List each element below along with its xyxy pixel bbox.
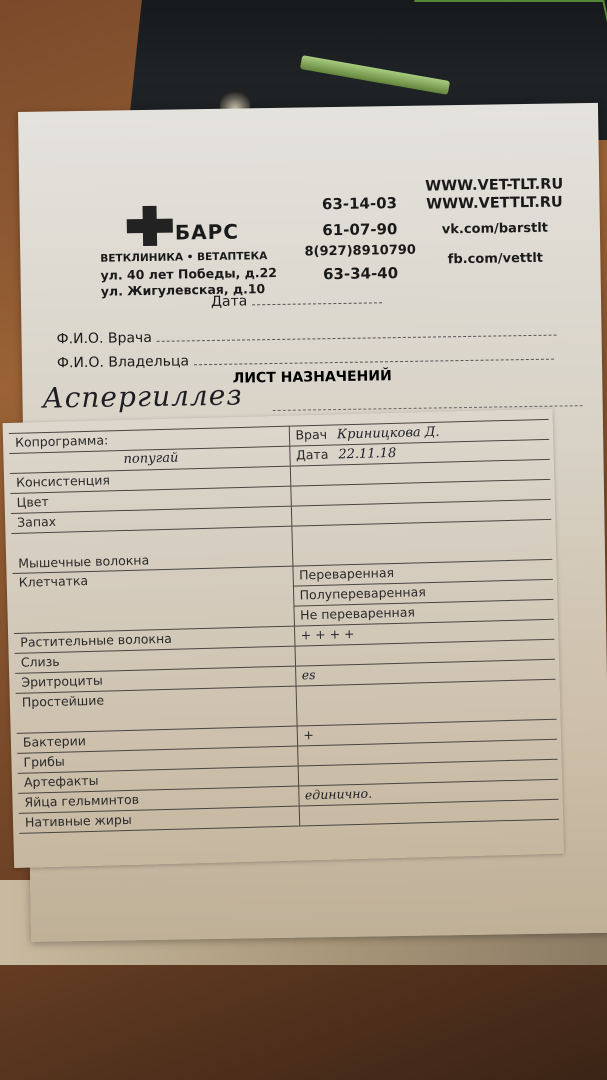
clinic-address-1: ул. 40 лет Победы, д.22 [100,265,277,283]
coprogram-sheet: попугай Копрограмма: Врач Криницкова Д. … [3,409,564,868]
doctor-label: Ф.И.О. Врача [56,330,152,347]
date-handwritten: 22.11.18 [338,446,396,463]
phone-2: 61-07-90 [300,216,420,244]
date-field: Дата [211,291,382,310]
clinic-phones: 63-14-03 61-07-90 8(927)8910790 63-34-40 [299,190,420,288]
doctor-handwritten: Криницкова Д. [337,425,440,443]
clinic-type: ВЕТКЛИНИКА • ВЕТАПТЕКА [100,250,267,265]
row-value [291,519,552,566]
owner-label: Ф.И.О. Владельца [57,353,189,371]
row-label: Клетчатка [13,566,294,633]
coprogram-table: Копрограмма: Врач Криницкова Д. Дата 22.… [9,419,559,834]
date-cell-label: Дата [296,447,329,463]
phone-4: 63-34-40 [300,260,420,288]
clinic-logo: БАРС [124,204,255,250]
date-label: Дата [211,293,248,310]
vk-link: vk.com/barstlt [405,215,585,244]
prescription-sheet: БАРС ВЕТКЛИНИКА • ВЕТАПТЕКА ул. 40 лет П… [18,103,607,942]
device-glow [414,0,607,55]
doctor-cell-label: Врач [295,427,327,443]
website-2: WWW.VETTLT.RU [404,193,584,214]
diagnosis-handwritten: Аспергиллез [42,379,243,415]
date-underline [252,302,382,305]
phone-3: 8(927)8910790 [300,242,420,262]
fb-link: fb.com/vettlt [405,245,585,274]
owner-underline [194,359,554,366]
clinic-name: БАРС [175,220,239,245]
doctor-name-field: Ф.И.О. Врача [56,324,556,348]
phone-1: 63-14-03 [299,190,419,218]
doctor-underline [156,335,556,342]
clinic-links: WWW.VET-TLT.RU WWW.VETTLT.RU vk.com/bars… [404,175,585,274]
cross-icon-bar [127,219,173,234]
clinic-header: БАРС ВЕТКЛИНИКА • ВЕТАПТЕКА ул. 40 лет П… [18,103,602,372]
row-value [296,679,557,726]
